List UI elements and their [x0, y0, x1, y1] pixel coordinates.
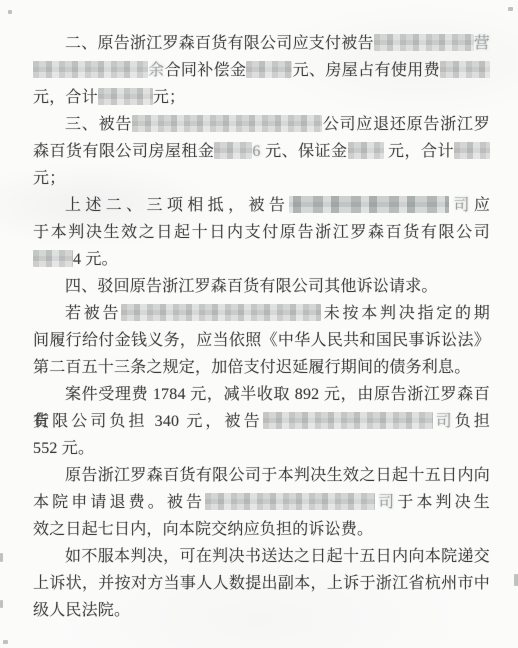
- text-segment: 552 元。: [33, 440, 94, 457]
- faint-text-segment: 余: [148, 62, 165, 79]
- faint-text-segment: 6: [252, 143, 260, 160]
- redaction-block: [374, 34, 474, 51]
- text-line: 如不服本判决，可在判决书送达之日起十五日内向本院递交: [33, 543, 490, 570]
- text-segment: 本院申请退费。被告: [33, 494, 205, 511]
- faint-text-segment: 司: [375, 494, 397, 511]
- redaction-block: [348, 142, 384, 159]
- scanned-document-page: 二、原告浙江罗森百货有限公司应支付被告营余合同补偿金元、房屋占有使用费元，合计元…: [0, 0, 518, 648]
- redaction-block: [98, 88, 153, 105]
- text-segment: 有限公司负担 340 元，被告: [33, 413, 263, 430]
- text-line: 二、原告浙江罗森百货有限公司应支付被告营: [33, 30, 490, 57]
- text-line: 级人民法院。: [33, 597, 490, 624]
- text-segment: 效之日起七日内，向本院交纳应负担的诉讼费。: [33, 521, 373, 538]
- text-line: 元，合计元；: [33, 84, 490, 111]
- scan-artifact: [0, 553, 3, 562]
- text-segment: 二、原告浙江罗森百货有限公司应支付被告: [65, 35, 374, 52]
- text-line: 于本判决生效之日起十日内支付原告浙江罗森百货有限公司: [33, 219, 490, 246]
- text-segment: 于本判决生效之日起十日内支付原告浙江罗森百货有限公司: [33, 224, 490, 241]
- redaction-block: [289, 196, 449, 213]
- text-line: 四、驳回原告浙江罗森百货有限公司其他诉讼请求。: [33, 273, 490, 300]
- scan-artifact: [0, 600, 3, 608]
- text-segment: 元；: [33, 170, 65, 187]
- text-line: 效之日起七日内，向本院交纳应负担的诉讼费。: [33, 516, 490, 543]
- redaction-block: [33, 61, 148, 78]
- text-line: 上诉状，并按对方当事人人数提出副本，上诉于浙江省杭州市中: [33, 570, 490, 597]
- redaction-block: [454, 142, 490, 159]
- text-line: 元；: [33, 165, 490, 192]
- text-segment: 公司应退还原告浙江罗: [322, 116, 490, 133]
- text-segment: 元；: [153, 89, 185, 106]
- faint-text-segment: 司: [449, 197, 474, 214]
- scan-artifact: [3, 640, 8, 644]
- text-line: 552 元。: [33, 435, 490, 462]
- redaction-block: [263, 412, 433, 429]
- text-line: 第二百五十三条之规定，加倍支付迟延履行期间的债务利息。: [33, 354, 490, 381]
- scan-artifact: [508, 7, 513, 11]
- text-segment: 第二百五十三条之规定，加倍支付迟延履行期间的债务利息。: [33, 359, 470, 376]
- text-line: 余合同补偿金元、房屋占有使用费: [33, 57, 490, 84]
- text-line: 间履行给付金钱义务，应当依照《中华人民共和国民事诉讼法》: [33, 327, 490, 354]
- text-line: 三、被告公司应退还原告浙江罗: [33, 111, 490, 138]
- text-segment: 元、房屋占有使用费: [292, 62, 440, 79]
- redaction-block: [205, 493, 375, 510]
- text-segment: 元，合计: [33, 89, 98, 106]
- text-segment: 原告浙江罗森百货有限公司于本判决生效之日起十五日内向: [65, 467, 490, 484]
- faint-text-segment: 司: [433, 413, 455, 430]
- redaction-block: [132, 115, 322, 132]
- text-segment: 应: [474, 197, 490, 214]
- text-line: 案件受理费 1784 元，减半收取 892 元，由原告浙江罗森百货: [33, 381, 490, 408]
- redaction-block: [246, 61, 292, 78]
- text-segment: 上述二、三项相抵，被告: [65, 197, 289, 214]
- redaction-block: [33, 250, 73, 267]
- text-segment: 元、保证金: [261, 143, 348, 160]
- text-line: 若被告未按本判决指定的期: [33, 300, 490, 327]
- text-segment: 元，合计: [384, 143, 454, 160]
- redaction-block: [440, 61, 490, 78]
- scan-artifact: [514, 574, 518, 586]
- faint-text-segment: 营: [474, 35, 490, 52]
- redaction-block: [121, 304, 321, 321]
- text-segment: 于本判决生: [397, 494, 490, 511]
- text-segment: 如不服本判决，可在判决书送达之日起十五日内向本院递交: [65, 548, 490, 565]
- text-segment: 未按本判决指定的期: [321, 305, 490, 322]
- text-segment: 若被告: [65, 305, 121, 322]
- text-segment: 4 元。: [73, 251, 118, 268]
- text-segment: 负担: [455, 413, 490, 430]
- text-line: 有限公司负担 340 元，被告司负担: [33, 408, 490, 435]
- text-segment: 三、被告: [65, 116, 132, 133]
- document-body: 二、原告浙江罗森百货有限公司应支付被告营余合同补偿金元、房屋占有使用费元，合计元…: [33, 30, 490, 624]
- text-segment: 级人民法院。: [33, 602, 130, 619]
- text-line: 本院申请退费。被告司于本判决生: [33, 489, 490, 516]
- scan-artifact: [8, 10, 12, 14]
- text-line: 上述二、三项相抵，被告司应: [33, 192, 490, 219]
- text-line: 原告浙江罗森百货有限公司于本判决生效之日起十五日内向: [33, 462, 490, 489]
- text-segment: 上诉状，并按对方当事人人数提出副本，上诉于浙江省杭州市中: [33, 575, 490, 592]
- text-line: 4 元。: [33, 246, 490, 273]
- text-segment: 合同补偿金: [165, 62, 247, 79]
- text-line: 森百货有限公司房屋租金6 元、保证金 元，合计: [33, 138, 490, 165]
- text-segment: 四、驳回原告浙江罗森百货有限公司其他诉讼请求。: [65, 278, 438, 295]
- redaction-block: [214, 142, 252, 159]
- text-segment: 间履行给付金钱义务，应当依照《中华人民共和国民事诉讼法》: [33, 332, 490, 349]
- text-segment: 森百货有限公司房屋租金: [33, 143, 214, 160]
